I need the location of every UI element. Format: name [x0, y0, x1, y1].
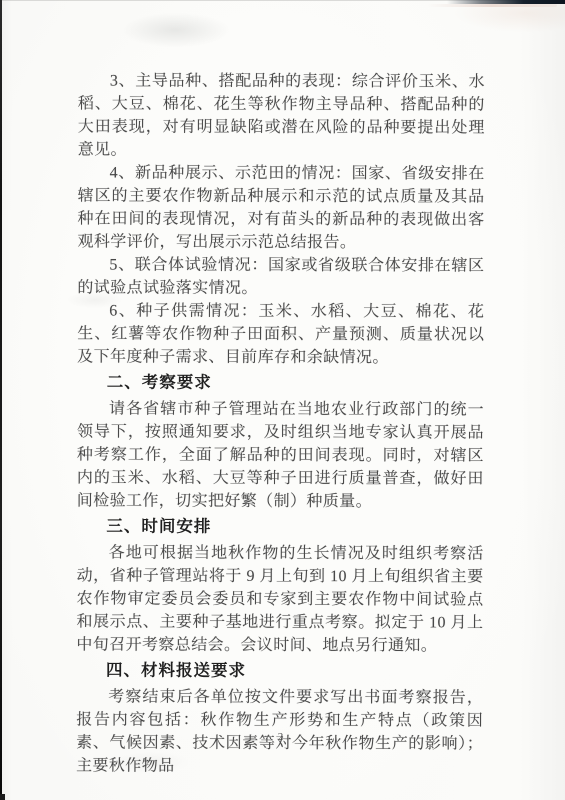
numbered-item-5-consortium-trials: 5、联合体试验情况：国家或省级联合体安排在辖区的试验点试验落实情况。: [77, 253, 484, 300]
scan-tint-top-right: [427, 4, 557, 7]
page-number: 2: [77, 730, 484, 744]
paragraph-time-schedule: 各地可根据当地秋作物的生长情况及时组织考察活动，省种子管理站将于 9 月上旬到 …: [76, 541, 483, 657]
section-heading-3-time-schedule: 三、时间安排: [77, 515, 484, 539]
document-body: 3、主导品种、搭配品种的表现：综合评价玉米、水稻、大豆、棉花、花生等秋作物主导品…: [76, 69, 485, 778]
paragraph-inspection-requirements: 请各省辖市种子管理站在当地农业行政部门的统一领导下，按照通知要求，及时组织当地专…: [77, 397, 484, 513]
scan-mark-bottom-left: [0, 794, 5, 800]
scan-edge-left: [0, 0, 2, 800]
section-heading-2-inspection-requirements: 二、考察要求: [77, 371, 484, 395]
numbered-item-3-variety-performance: 3、主导品种、搭配品种的表现：综合评价玉米、水稻、大豆、棉花、花生等秋作物主导品…: [78, 69, 485, 162]
numbered-item-4-new-variety-demo: 4、新品种展示、示范田的情况：国家、省级安排在辖区的主要农作物新品种展示和示范的…: [77, 161, 484, 254]
scanned-document-page: 3、主导品种、搭配品种的表现：综合评价玉米、水稻、大豆、棉花、花生等秋作物主导品…: [0, 0, 565, 800]
numbered-item-6-seed-supply-demand: 6、种子供需情况：玉米、水稻、大豆、棉花、花生、红薯等农作物种子田面积、产量预测…: [77, 299, 484, 369]
section-heading-4-material-submission: 四、材料报送要求: [76, 659, 483, 683]
